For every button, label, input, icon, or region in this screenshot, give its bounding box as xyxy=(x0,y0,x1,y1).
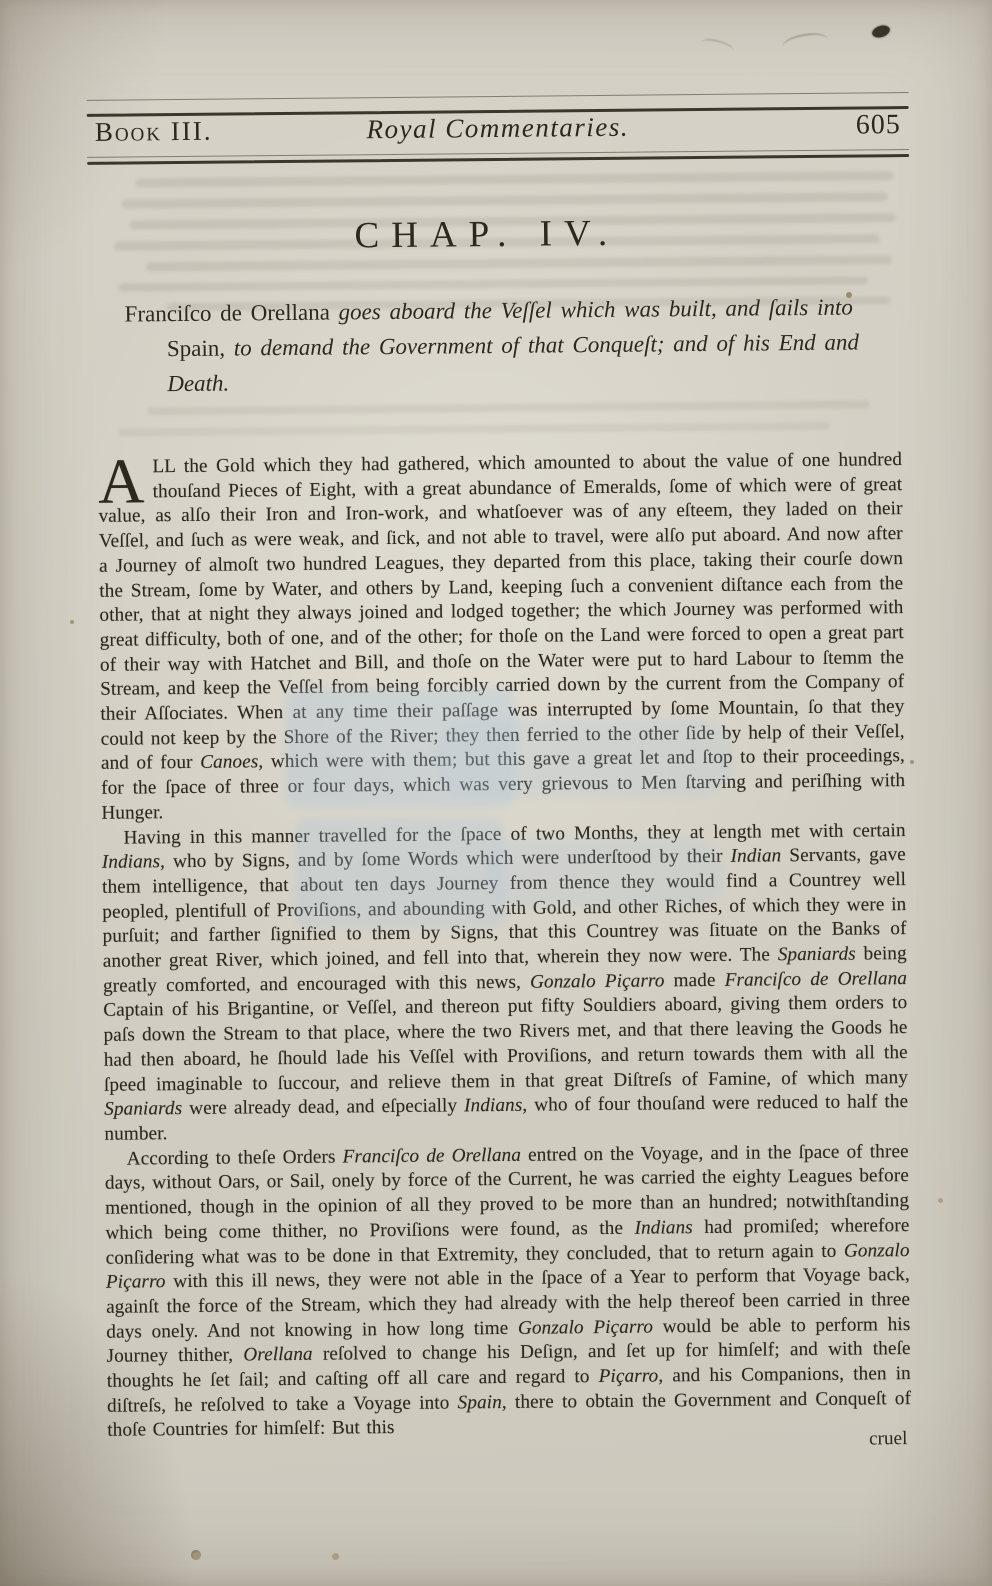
catchword: cruel xyxy=(869,1428,908,1450)
text-run: According to theſe Orders xyxy=(127,1146,343,1169)
text-run: Canoes xyxy=(200,752,258,774)
text-run: , who by Signs, and by ſome Words which … xyxy=(160,846,731,872)
text-run: Franciſco de Orellana xyxy=(725,968,908,991)
running-title: Royal Commentaries. xyxy=(366,112,629,146)
drop-cap: A xyxy=(98,455,153,505)
text-run: Indians xyxy=(464,1095,522,1117)
paragraph: According to theſe Orders Franciſco de O… xyxy=(105,1140,912,1444)
text-run: LL the Gold which they had gathered, whi… xyxy=(98,449,904,774)
chapter-summary: Franciſco de Orellana goes aboard the Ve… xyxy=(124,289,873,401)
text-run: made xyxy=(664,970,724,992)
text-run: Spaniards xyxy=(104,1098,182,1120)
book-label: Book III. xyxy=(95,114,367,148)
text-run: Spaniards xyxy=(778,944,856,966)
top-rule-thin xyxy=(87,92,909,101)
paper-stain xyxy=(910,760,914,764)
page-content: Book III. Royal Commentaries. 605 CHAP. … xyxy=(0,0,992,1586)
text-run: Captain of his Brigantine, or Veſſel, an… xyxy=(103,993,908,1096)
paper-stain xyxy=(191,1550,201,1560)
page-number: 605 xyxy=(629,109,901,144)
paragraph: Having in this manner travelled for the … xyxy=(102,819,909,1148)
text-run: Gonzalo Piçarro xyxy=(518,1316,653,1338)
text-run: Spain xyxy=(458,1392,502,1413)
text-run: were already dead, and eſpecially xyxy=(182,1096,464,1120)
text-run: Orellana xyxy=(243,1344,313,1366)
text-run: Indians xyxy=(102,851,160,873)
paper-stain xyxy=(70,620,74,624)
paper-stain xyxy=(938,1198,943,1203)
chapter-heading: CHAP. IV. xyxy=(0,208,978,260)
running-header: Book III. Royal Commentaries. 605 xyxy=(95,109,901,149)
text-run: Franciſco de Orellana xyxy=(343,1144,522,1167)
paper-stain xyxy=(332,1553,339,1560)
book-page-scan: Book III. Royal Commentaries. 605 CHAP. … xyxy=(0,0,992,1586)
paper-stain xyxy=(846,292,852,298)
text-run: Gonzalo Piçarro xyxy=(530,970,665,992)
paragraph: ALL the Gold which they had gathered, wh… xyxy=(98,448,906,826)
text-run: Franciſco de Orellana xyxy=(124,299,338,326)
text-run: Spain xyxy=(167,336,220,362)
text-run: Piçarro xyxy=(599,1365,659,1387)
body-text: ALL the Gold which they had gathered, wh… xyxy=(98,448,911,1444)
text-run: goes aboard the Veſſel which was built, … xyxy=(338,295,852,325)
text-run: Indian xyxy=(731,846,782,867)
text-run: , to demand the Government of that Conqu… xyxy=(167,330,859,397)
text-run: Indians xyxy=(634,1217,692,1239)
